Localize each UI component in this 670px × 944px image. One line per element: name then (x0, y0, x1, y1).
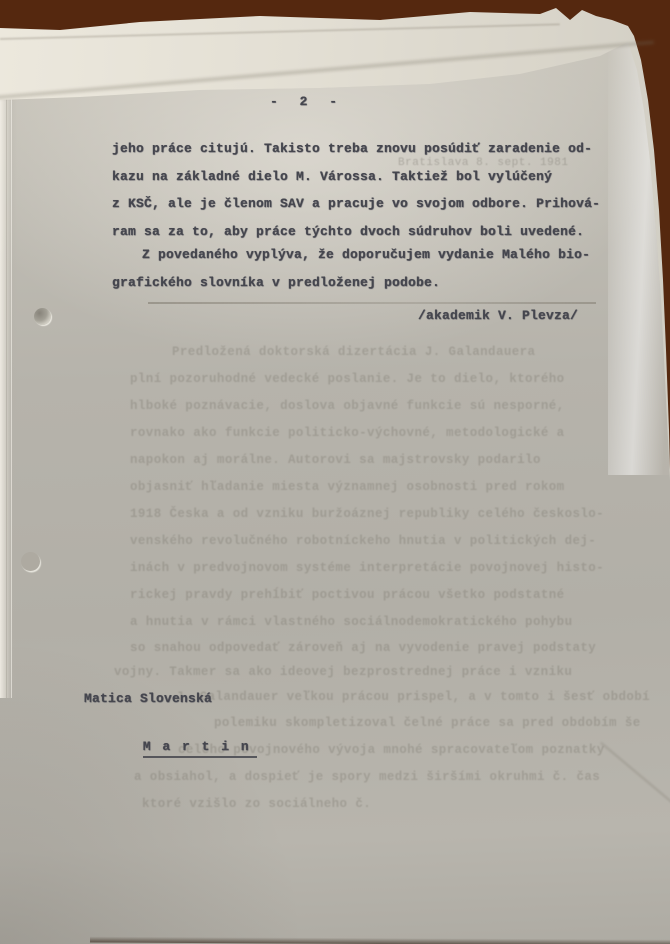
bleedthrough-line: rickej pravdy prehĺbiť poctivou prácou v… (130, 588, 565, 602)
footer-organization: Matica Slovenská (84, 691, 212, 706)
bleedthrough-line: inách v predvojnovom systéme interpretác… (130, 561, 604, 575)
bleedthrough-line: polemiku skompletizoval čelné práce sa p… (214, 716, 641, 730)
bleedthrough-line: venského revolučného robotníckeho hnutia… (130, 534, 596, 548)
typed-line: grafického slovníka v predloženej podobe… (112, 275, 590, 303)
typed-line: kazu na základné dielo M. Várossa. Takti… (112, 169, 600, 197)
bleedthrough-line: napokon aj morálne. Autorovi sa majstrov… (130, 453, 541, 467)
photo-background: - 2 - Bratislava 8. sept. 1981 jeho prác… (0, 0, 670, 944)
signature-rule (148, 302, 596, 304)
typed-line: z KSČ, ale je členom SAV a pracuje vo sv… (112, 196, 600, 224)
typed-line: jeho práce citujú. Takisto treba znovu p… (112, 141, 600, 169)
bleedthrough-line: hlboké poznávacie, doslova objavné funkc… (130, 399, 565, 413)
page-content: - 2 - Bratislava 8. sept. 1981 jeho prác… (0, 0, 670, 944)
bleedthrough-line: plní pozoruhodné vedecké poslanie. Je to… (130, 372, 565, 386)
footer-city: M a r t i n (84, 724, 257, 769)
bleedthrough-line: rovnako ako funkcie politicko-výchovné, … (130, 426, 565, 440)
body-paragraph-1: jeho práce citujú. Takisto treba znovu p… (112, 141, 600, 251)
bleedthrough-line: J. Galandauer veľkou prácou prispel, a v… (176, 690, 650, 704)
bleedthrough-line: ktoré vzišlo zo sociálneho č. (142, 797, 371, 811)
signature-name: /akademik V. Plevza/ (418, 308, 578, 323)
bleedthrough-line: so snahou odpovedať zároveň aj na vyvode… (130, 641, 596, 655)
typed-line: Z povedaného vyplýva, že doporučujem vyd… (112, 247, 590, 275)
bleedthrough-line: a obsiahol, a dospieť je spory medzi šir… (134, 770, 600, 784)
bleedthrough-line: a hnutia v rámci vlastného sociálnodemok… (130, 615, 572, 629)
bleedthrough-line: vojny. Takmer sa ako ideovej bezprostred… (114, 665, 572, 679)
bleedthrough-line: 1918 Česka a od vzniku buržoáznej republ… (130, 507, 604, 521)
footer-city-label: M a r t i n (143, 739, 257, 758)
body-paragraph-2: Z povedaného vyplýva, že doporučujem vyd… (112, 247, 590, 302)
bleedthrough-line: objasniť hľadanie miesta významnej osobn… (130, 480, 565, 494)
bleedthrough-line: Predložená doktorská dizertácia J. Galan… (172, 345, 535, 359)
page-number: - 2 - (270, 94, 344, 109)
